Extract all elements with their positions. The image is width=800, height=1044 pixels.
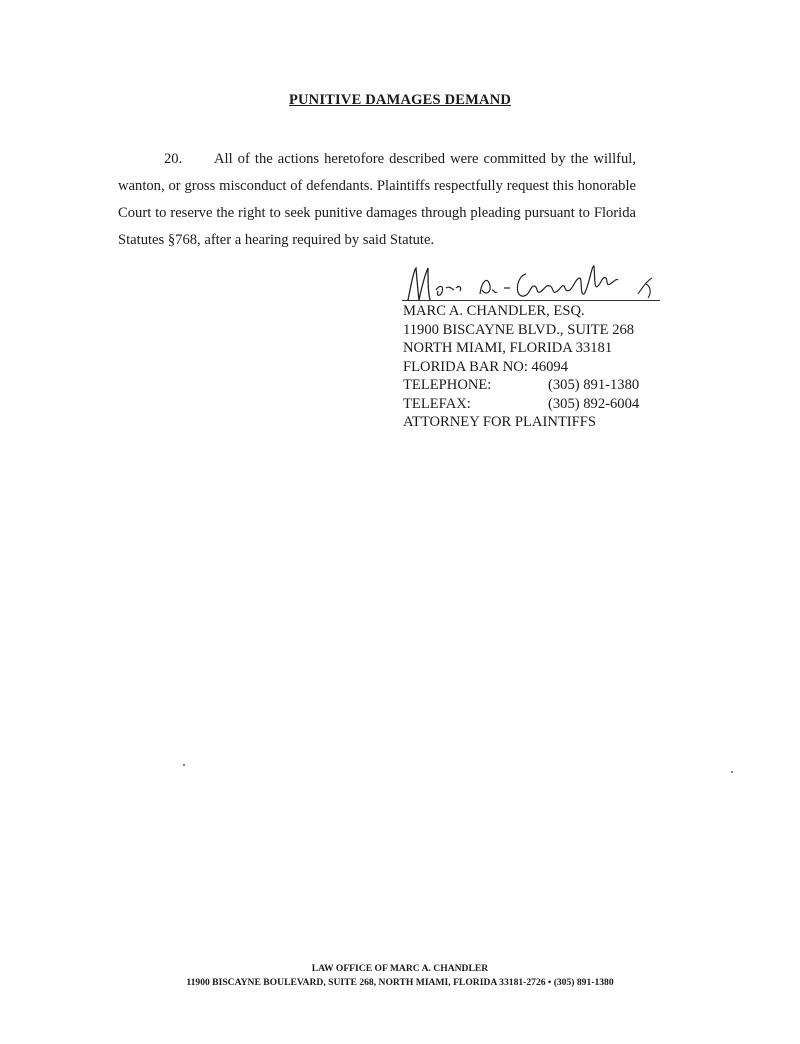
- address-line-2: NORTH MIAMI, FLORIDA 33181: [403, 339, 639, 358]
- letterhead-footer: LAW OFFICE OF MARC A. CHANDLER 11900 BIS…: [0, 962, 800, 990]
- footer-address: 11900 BISCAYNE BOULEVARD, SUITE 268, NOR…: [0, 976, 800, 990]
- document-heading: PUNITIVE DAMAGES DEMAND: [0, 92, 800, 109]
- telephone-label: TELEPHONE:: [403, 376, 548, 395]
- scan-speck: [183, 764, 185, 766]
- telefax-value: (305) 892-6004: [548, 396, 639, 412]
- paragraph-number: 20.: [164, 146, 214, 173]
- paragraph-20: 20.All of the actions heretofore describ…: [118, 146, 636, 254]
- telefax-label: TELEFAX:: [403, 395, 548, 414]
- telephone-row: TELEPHONE:(305) 891-1380: [403, 376, 639, 395]
- signature-block: MARC A. CHANDLER, ESQ. 11900 BISCAYNE BL…: [403, 302, 639, 432]
- telefax-row: TELEFAX:(305) 892-6004: [403, 395, 639, 414]
- attorney-role: ATTORNEY FOR PLAINTIFFS: [403, 413, 639, 432]
- signature-line: [402, 300, 660, 301]
- scan-speck: [731, 771, 733, 773]
- address-line-1: 11900 BISCAYNE BLVD., SUITE 268: [403, 321, 639, 340]
- bar-number: FLORIDA BAR NO: 46094: [403, 358, 639, 377]
- attorney-name: MARC A. CHANDLER, ESQ.: [403, 302, 639, 321]
- telephone-value: (305) 891-1380: [548, 377, 639, 393]
- footer-office-name: LAW OFFICE OF MARC A. CHANDLER: [0, 962, 800, 976]
